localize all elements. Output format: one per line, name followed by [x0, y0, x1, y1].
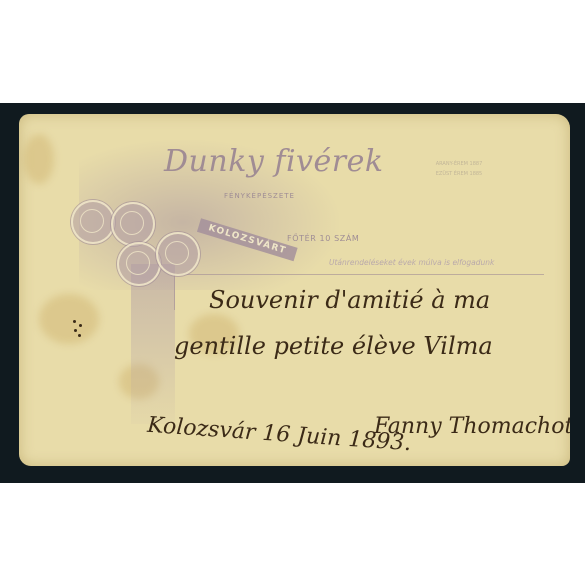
foxing-stain: [24, 134, 54, 184]
awards-list: ARANY-ÉREM 1887 EZÜST ÉREM 1885: [414, 159, 504, 179]
award-medal-icon: [117, 242, 161, 286]
reorder-note: Utánrendeléseket évek múlva is elfogadun…: [329, 258, 494, 267]
studio-subtitle: FÉNYKÉPÉSZETE: [224, 192, 295, 200]
imprint-frame-line: [174, 274, 175, 310]
ink-spots: [73, 320, 87, 340]
studio-name: Dunky fivérek: [164, 144, 384, 179]
award-medal-icon: [71, 200, 115, 244]
award-line: EZÜST ÉREM 1885: [414, 169, 504, 179]
inscription-line-2: gentille petite élève Vilma: [174, 332, 493, 360]
photo-card-back: Dunky fivérek FÉNYKÉPÉSZETE KOLOZSVÁRT F…: [19, 114, 570, 466]
inscription-place-date: Kolozsvár 16 Juin 1893.: [146, 413, 412, 456]
award-line: ARANY-ÉREM 1887: [414, 159, 504, 169]
award-medal-icon: [156, 232, 200, 276]
imprint-vertical-band: [131, 264, 175, 424]
inscription-signature: Fanny Thomachot: [374, 414, 570, 439]
inscription-line-1: Souvenir d'amitié à ma: [209, 286, 490, 314]
foxing-stain: [39, 294, 99, 344]
award-medal-icon: [111, 202, 155, 246]
studio-address: FŐTÉR 10 SZÁM: [287, 234, 359, 243]
imprint-frame-line: [174, 274, 544, 275]
